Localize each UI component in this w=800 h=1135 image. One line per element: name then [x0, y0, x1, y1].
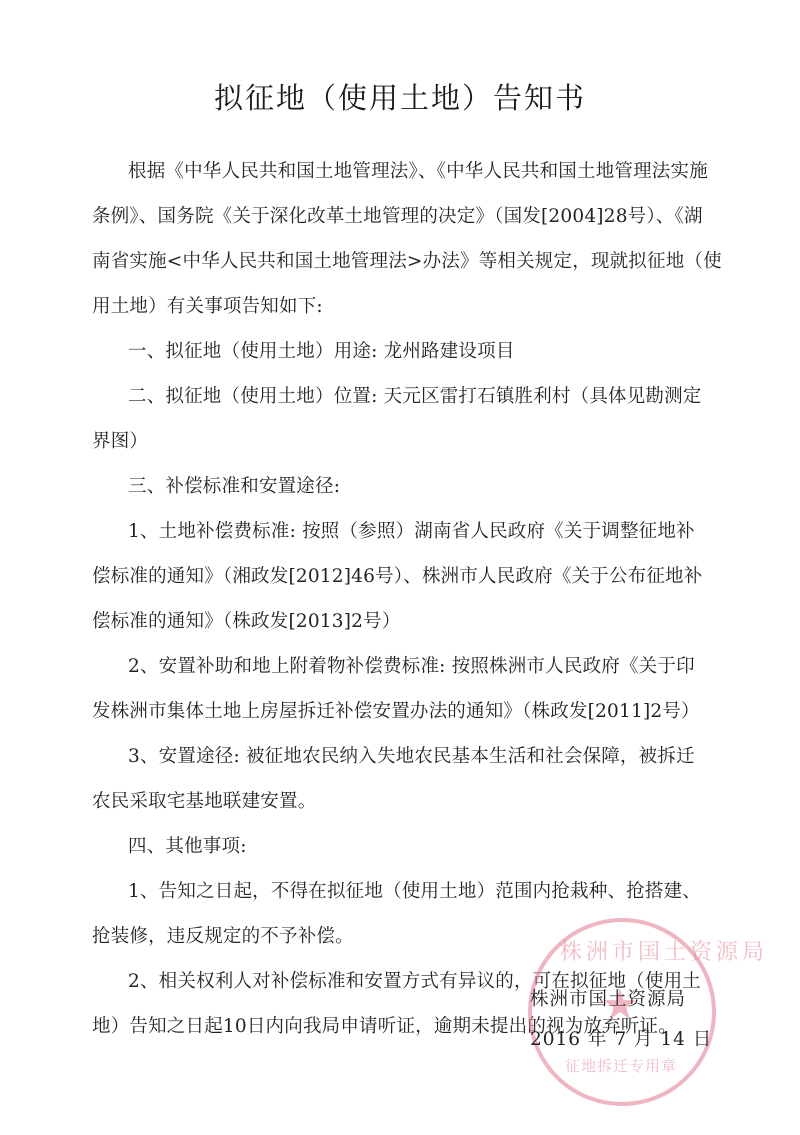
paragraph-line: 1、土地补偿费标准: 按照（参照）湖南省人民政府《关于调整征地补 — [128, 520, 748, 544]
seal-top-text: 株洲市国土资源局 — [560, 935, 768, 966]
paragraph-line: 条例》、国务院《关于深化改革土地管理的决定》（国发[2004]28号）、《湖 — [92, 205, 712, 229]
paragraph-line: 南省实施<中华人民共和国土地管理法>办法》等相关规定，现就拟征地（使 — [92, 250, 712, 274]
paragraph-line: 根据《中华人民共和国土地管理法》、《中华人民共和国土地管理法实施 — [128, 160, 748, 184]
signature-organization: 株洲市国土资源局 — [530, 985, 686, 1011]
paragraph-line: 3、安置途径: 被征地农民纳入失地农民基本生活和社会保障，被拆迁 — [128, 745, 748, 769]
paragraph-line: 1、告知之日起，不得在拟征地（使用土地）范围内抢栽种、抢搭建、 — [128, 880, 748, 904]
signature-date: 2016 年 7 月 14 日 — [530, 1025, 712, 1051]
paragraph-line: 2、安置补助和地上附着物补偿费标准: 按照株洲市人民政府《关于印 — [128, 655, 748, 679]
paragraph-line: 界图） — [92, 430, 712, 454]
section-heading-location: 二、拟征地（使用土地）位置: 天元区雷打石镇胜利村（具体见勘测定 — [128, 385, 748, 409]
paragraph-line: 偿标准的通知》（株政发[2013]2号） — [92, 610, 712, 634]
section-heading-compensation: 三、补偿标准和安置途径: — [128, 475, 748, 499]
document-title: 拟征地（使用土地）告知书 — [0, 76, 800, 117]
document-page: 拟征地（使用土地）告知书 根据《中华人民共和国土地管理法》、《中华人民共和国土地… — [0, 0, 800, 1135]
paragraph-line: 偿标准的通知》（湘政发[2012]46号）、株洲市人民政府《关于公布征地补 — [92, 565, 712, 589]
paragraph-line: 用土地）有关事项告知如下: — [92, 295, 712, 319]
seal-bottom-text: 征地拆迁专用章 — [565, 1055, 677, 1076]
section-heading-usage: 一、拟征地（使用土地）用途: 龙州路建设项目 — [128, 340, 748, 364]
section-heading-other: 四、其他事项: — [128, 835, 748, 859]
paragraph-line: 发株洲市集体土地上房屋拆迁补偿安置办法的通知》（株政发[2011]2号） — [92, 700, 712, 724]
paragraph-line: 农民采取宅基地联建安置。 — [92, 790, 712, 814]
